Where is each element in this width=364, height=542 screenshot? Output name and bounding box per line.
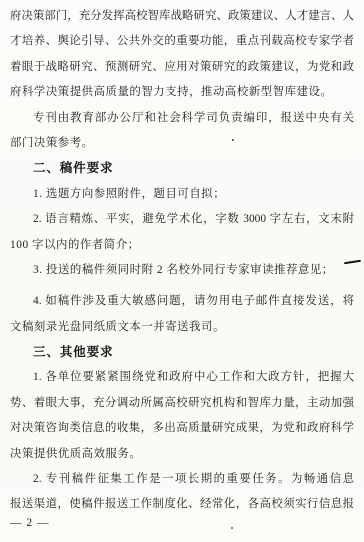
- body-line: 专刊由教育部办公厅和社会科学司负责编印，报送中央有关: [10, 106, 354, 131]
- section-heading-manuscript-requirements: 二、稿件要求: [10, 156, 354, 181]
- list-item: 2. 专刊稿件征集工作是一项长期的重要任务。为畅通信息: [10, 467, 354, 492]
- section-heading-other-requirements: 三、其他要求: [10, 340, 354, 365]
- document-page: 府决策部门，充分发挥高校智库战略研究、政策建议、人才建言、人 才培养、舆论引导、…: [0, 0, 364, 542]
- list-item-continuation: 报送渠道，使稿件报送工作制度化、经常化，各高校须实行信息报: [10, 492, 354, 517]
- list-item-continuation: 决策提供优质高效服务。: [10, 442, 354, 467]
- list-item: 2. 语言精炼、平实，避免学术化，字数 3000 字左右，文末附: [10, 207, 354, 232]
- list-item: 4. 如稿件涉及重大敏感问题，请勿用电子邮件直接发送，将: [10, 289, 354, 314]
- scan-speck: [232, 139, 234, 141]
- list-item-continuation: 100 字以内的作者简介；: [10, 233, 354, 258]
- body-line: 才培养、舆论引导、公共外交的重要功能，重点刊载高校专家学者: [10, 29, 354, 54]
- body-line: 部门决策参考。: [10, 131, 354, 156]
- list-item-continuation: 文稿刻录光盘同纸质文本一并寄送我司。: [10, 315, 354, 340]
- body-line: 府科学决策提供高质量的智力支持，推动高校新型智库建设。: [10, 80, 354, 105]
- body-line: 府决策部门，充分发挥高校智库战略研究、政策建议、人才建言、人: [10, 4, 354, 29]
- page-number: — 2 —: [10, 517, 50, 529]
- list-item: 3. 投送的稿件须同时附 2 名校外同行专家审读推荐意见；: [10, 258, 354, 283]
- list-item: 1. 选题方向参照附件，题目可自拟；: [10, 182, 354, 207]
- list-item: 1. 各单位要紧紧围绕党和政府中心工作和大政方针，把握大: [10, 365, 354, 390]
- scan-speck: [231, 527, 233, 529]
- body-line: 着眼于战略研究、预测研究、应用对策研究的政策建议，为党和政: [10, 55, 354, 80]
- list-item-continuation: 势、着眼大事，充分调动所属高校研究机构和智库力量，主动加强: [10, 391, 354, 416]
- list-item-continuation: 对决策咨询类信息的收集，多出高质量研究成果，为党和政府科学: [10, 416, 354, 441]
